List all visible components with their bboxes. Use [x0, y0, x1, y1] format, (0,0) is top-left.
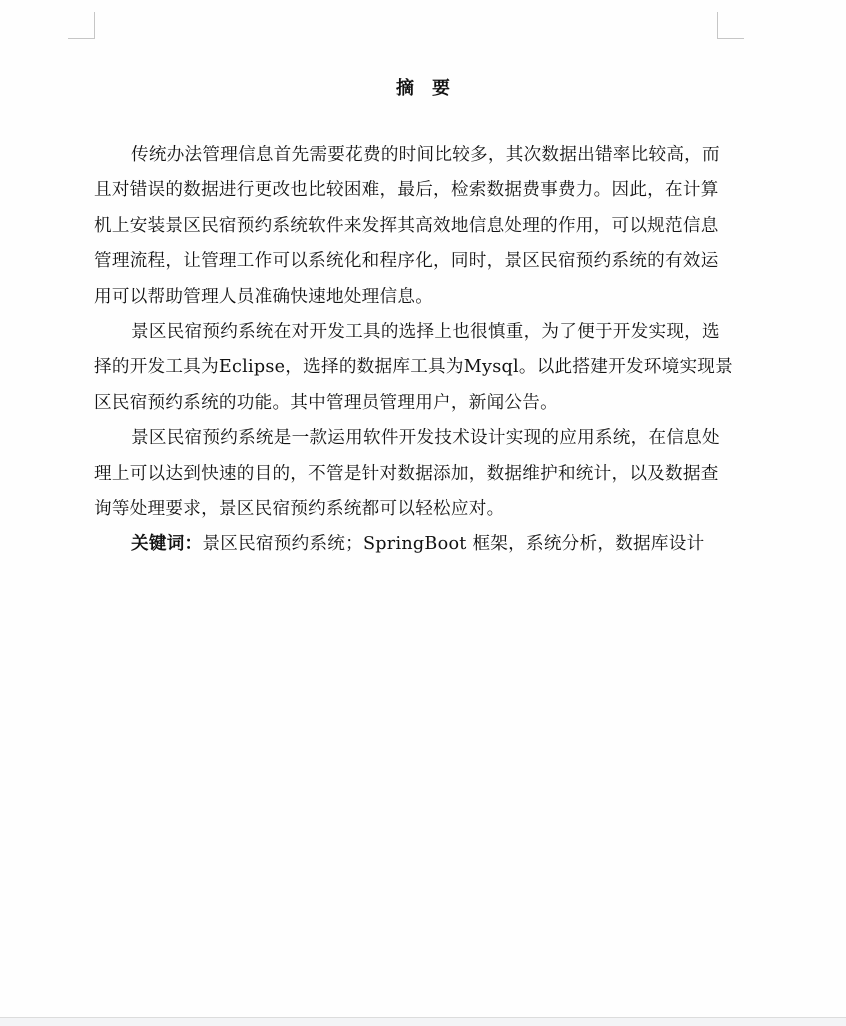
keywords-text: 景区民宿预约系统；SpringBoot 框架，系统分析，数据库设计	[202, 534, 704, 554]
keywords-line: 关键词：景区民宿预约系统；SpringBoot 框架，系统分析，数据库设计	[94, 530, 718, 565]
abstract-heading-char-1: 摘	[396, 78, 414, 99]
paragraph-3: 景区民宿预约系统是一款运用软件开发技术设计实现的应用系统，在信息处 理上可以达到…	[94, 424, 718, 530]
text-line: 询等处理要求，景区民宿预约系统都可以轻松应对。	[94, 495, 718, 530]
text-line: 择的开发工具为Eclipse，选择的数据库工具为Mysql。以此搭建开发环境实现…	[94, 353, 718, 388]
abstract-body: 传统办法管理信息首先需要花费的时间比较多，其次数据出错率比较高，而 且对错误的数…	[94, 141, 718, 566]
text-line: 机上安装景区民宿预约系统软件来发挥其高效地信息处理的作用，可以规范信息	[94, 212, 718, 247]
text-line: 且对错误的数据进行更改也比较困难，最后，检索数据费事费力。因此，在计算	[94, 176, 718, 211]
top-right-margin-mark	[717, 12, 744, 39]
paragraph-1: 传统办法管理信息首先需要花费的时间比较多，其次数据出错率比较高，而 且对错误的数…	[94, 141, 718, 318]
top-left-margin-mark	[68, 12, 95, 39]
text-line: 用可以帮助管理人员准确快速地处理信息。	[94, 283, 718, 318]
abstract-heading: 摘要	[0, 77, 846, 101]
document-page: 摘要 传统办法管理信息首先需要花费的时间比较多，其次数据出错率比较高，而 且对错…	[0, 0, 846, 1017]
paragraph-2: 景区民宿预约系统在对开发工具的选择上也很慎重，为了便于开发实现，选 择的开发工具…	[94, 318, 718, 424]
keywords-label: 关键词：	[131, 533, 202, 554]
bottom-scroll-bar	[0, 1017, 846, 1026]
text-line: 区民宿预约系统的功能。其中管理员管理用户，新闻公告。	[94, 389, 718, 424]
text-line: 管理流程，让管理工作可以系统化和程序化，同时，景区民宿预约系统的有效运	[94, 247, 718, 282]
text-line: 景区民宿预约系统在对开发工具的选择上也很慎重，为了便于开发实现，选	[94, 318, 718, 353]
text-line: 传统办法管理信息首先需要花费的时间比较多，其次数据出错率比较高，而	[94, 141, 718, 176]
text-line: 理上可以达到快速的目的，不管是针对数据添加，数据维护和统计，以及数据查	[94, 460, 718, 495]
text-line: 景区民宿预约系统是一款运用软件开发技术设计实现的应用系统，在信息处	[94, 424, 718, 459]
abstract-heading-char-2: 要	[432, 78, 450, 99]
